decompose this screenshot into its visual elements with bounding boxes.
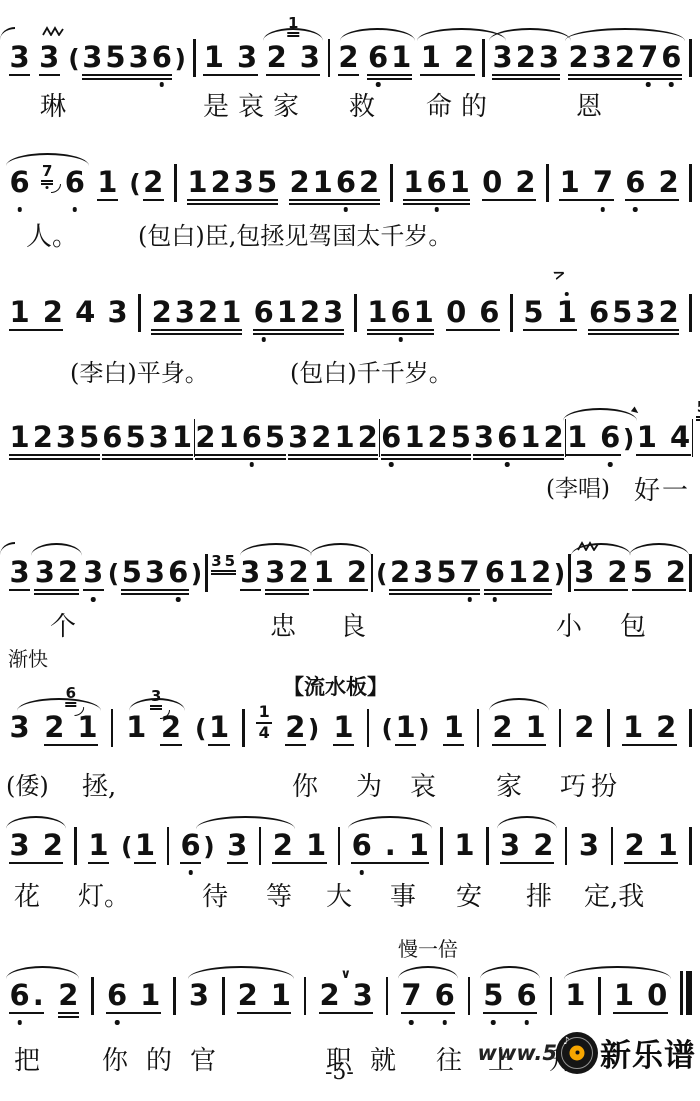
lyric-syllable: 巧扮: [560, 766, 622, 803]
note-digits: 61: [105, 981, 161, 1010]
note-digit: 2: [142, 168, 165, 197]
lyric-syllable: 恩: [576, 86, 602, 123]
note-digit: 1: [8, 298, 31, 327]
lyric-syllable: 排: [526, 876, 552, 913]
note-digit: 1: [621, 713, 644, 742]
note-digit: 3: [82, 558, 105, 587]
music-note-icon: ♪: [563, 1036, 569, 1047]
octave-dot-low: [344, 207, 349, 212]
note-cell: 3: [226, 831, 249, 860]
lyric-syllable: 就: [370, 1040, 396, 1077]
note-digit: 1: [76, 713, 99, 742]
octave-dot-low: [491, 1020, 496, 1025]
note-digit: 2: [318, 981, 341, 1010]
note-digit: 3: [412, 558, 435, 587]
note-cell: 2: [57, 981, 80, 1010]
note-digit: 2: [657, 298, 680, 327]
barline: [565, 827, 568, 865]
note-digit: 3: [322, 298, 345, 327]
note-digit: 3: [499, 831, 522, 860]
note-cell: 13: [202, 43, 258, 72]
note-digits: 10: [612, 981, 668, 1010]
barline: [111, 709, 114, 747]
note-cell: 3: [187, 981, 210, 1010]
note-cell: 6: [63, 168, 86, 197]
note-digits: 3536: [81, 43, 174, 72]
note-digit: 3: [127, 43, 150, 72]
note-digit: 2: [43, 713, 66, 742]
grace-note: 1: [287, 13, 300, 32]
note-digit: 3: [8, 831, 31, 860]
note-digits: 3: [106, 298, 129, 327]
tempo-annotation-jiankuai: 渐快: [8, 643, 48, 672]
octave-dot-low: [389, 462, 394, 467]
note-cell: 2162: [288, 168, 381, 197]
note-digit: 1: [555, 298, 578, 327]
close-paren: ): [553, 561, 566, 587]
note-digit: 2: [284, 713, 307, 742]
note-cell: (1: [194, 713, 231, 742]
note-digit: 1: [366, 298, 389, 327]
note-digit: 2: [356, 423, 379, 452]
note-digit: 0: [481, 168, 504, 197]
barline: [205, 554, 208, 592]
note-digits: 21: [43, 713, 99, 742]
barline: [689, 294, 692, 332]
note-cell: 2165: [194, 423, 287, 452]
note-digit: 5: [263, 423, 286, 452]
watermark: www.5 ♪ 新乐谱: [478, 1030, 696, 1075]
note-digit: 3: [149, 689, 162, 704]
music-system-1: 33(3536)131232611232323276: [0, 30, 700, 72]
note-digit: 1: [612, 981, 635, 1010]
note-digit: 2: [514, 43, 537, 72]
note-digit: 3: [8, 558, 31, 587]
note-cell: 1: [453, 831, 476, 860]
octave-dot-low: [261, 337, 266, 342]
note-digit: 1: [304, 831, 327, 860]
octave-dot-low: [669, 82, 674, 87]
note-digits: 3: [8, 43, 31, 72]
tempo-annotation-manyibei: 慢一倍: [398, 933, 458, 962]
note-cell: 612): [483, 558, 566, 587]
note-digits: 3: [149, 689, 162, 704]
note-digit: 6: [587, 298, 610, 327]
close-paren: ): [307, 716, 320, 742]
barline: [354, 294, 357, 332]
note-digit: .: [31, 981, 45, 1010]
note-cell: 23276: [567, 43, 683, 72]
note-digits: 1235: [8, 423, 101, 452]
barline: [328, 39, 331, 77]
note-digit: 3: [239, 558, 262, 587]
barline: [440, 827, 443, 865]
note-digit: 5: [695, 400, 700, 415]
note-digits: 3: [82, 558, 105, 587]
grace-note: 6: [64, 683, 77, 702]
note-digits: 51: [522, 298, 578, 327]
note-digit: 2: [426, 423, 449, 452]
lyric-syllable: 为: [356, 766, 382, 803]
note-digit: 2: [310, 423, 333, 452]
barline: [689, 827, 692, 865]
note-digit: 5: [611, 298, 634, 327]
music-system-2: 6761(212352162161021762: [0, 155, 700, 197]
note-digit: 2: [567, 43, 590, 72]
note-digit: 2: [150, 298, 173, 327]
barline: [222, 977, 225, 1015]
note-digit: 1: [125, 713, 148, 742]
note-digit: 1: [394, 713, 417, 742]
barline: [173, 977, 176, 1015]
note-digits: 2: [142, 168, 165, 197]
octave-dot-low: [73, 207, 78, 212]
lyric-syllable: (李唱): [546, 470, 610, 503]
lyric-syllable: 待: [202, 876, 228, 913]
lyric-syllable: 你: [292, 766, 318, 803]
note-digit: 1: [207, 713, 230, 742]
section-annotation-liushuiban: 【流水板】: [283, 671, 388, 701]
note-digit: 1: [312, 558, 335, 587]
open-paren: (: [128, 171, 141, 197]
close-paren: ): [173, 46, 186, 72]
note-digit: 6: [380, 423, 403, 452]
note-digit: 2: [337, 43, 360, 72]
note-digits: 23276: [567, 43, 683, 72]
note-digit: 2: [41, 831, 64, 860]
note-digit: 3: [577, 831, 600, 860]
note-cell: 06: [445, 298, 501, 327]
note-cell: 6: [8, 168, 31, 197]
score-page: 渐快【流水板】慢一倍33(3536)131232611232323276琳是哀家…: [0, 0, 700, 1101]
note-digit: 6: [425, 168, 448, 197]
octave-dot-low: [250, 462, 255, 467]
note-cell: (536): [107, 558, 203, 587]
note-digits: 13: [202, 43, 258, 72]
barline: [138, 294, 141, 332]
note-digit: 2: [265, 43, 288, 72]
note-digits: 6125: [380, 423, 473, 452]
note-digits: 2357: [388, 558, 481, 587]
lyric-syllable: (倭): [6, 766, 49, 801]
note-digit: 2: [287, 558, 310, 587]
trill-icon: [42, 26, 66, 36]
lyric-syllable: 花: [14, 876, 40, 913]
note-cell: 3: [239, 558, 262, 587]
note-digit: 3: [298, 43, 321, 72]
note-digits: 2321: [150, 298, 243, 327]
note-digits: 3212: [287, 423, 380, 452]
note-cell: 21: [271, 831, 327, 860]
barline: [611, 827, 614, 865]
note-digit: 5: [78, 423, 101, 452]
note-cell: 6531: [101, 423, 194, 452]
note-digits: 1: [96, 168, 119, 197]
note-digit: 6: [150, 43, 173, 72]
note-digits: 23: [265, 43, 321, 72]
note-digit: 5: [482, 981, 505, 1010]
note-digit: 3: [287, 423, 310, 452]
note-cell: 161: [402, 168, 472, 197]
note-cell: 1: [564, 981, 587, 1010]
note-cell: 10: [612, 981, 668, 1010]
note-digits: 536: [120, 558, 190, 587]
note-cell: 161: [366, 298, 436, 327]
note-digit: 2: [613, 43, 636, 72]
note-digit: 0: [445, 298, 468, 327]
note-cell: 3: [8, 713, 31, 742]
note-digit: 2: [298, 298, 321, 327]
note-digits: 32: [499, 831, 555, 860]
note-digit: 1: [333, 423, 356, 452]
octave-dot-low: [633, 207, 638, 212]
note-digits: 02: [481, 168, 537, 197]
note-cell: 6532: [587, 298, 680, 327]
octave-dot-low: [17, 1020, 22, 1025]
note-digit: 6: [660, 43, 683, 72]
lyric-syllable: 把: [14, 1040, 40, 1077]
note-digit: 2: [452, 43, 475, 72]
note-cell: 6.1: [350, 831, 430, 860]
final-barline: [680, 971, 692, 1015]
note-digit: 1: [139, 981, 162, 1010]
barline: [689, 39, 692, 77]
note-digits: 1235: [186, 168, 279, 197]
note-digit: 3: [8, 43, 31, 72]
note-cell: 6.: [8, 981, 45, 1010]
note-digits: 21: [623, 831, 679, 860]
note-digit: 3: [38, 43, 61, 72]
note-cell: 12: [419, 43, 475, 72]
note-digit: 6: [8, 168, 31, 197]
lyric-syllable: 良: [340, 606, 366, 643]
note-digit: 2: [31, 423, 54, 452]
note-digit: 3: [491, 43, 514, 72]
note-digit: 1: [170, 423, 193, 452]
note-cell: (2357: [375, 558, 481, 587]
note-digit: 1: [87, 831, 110, 860]
note-digit: 3: [147, 423, 170, 452]
note-cell: 1235: [186, 168, 279, 197]
barline: [242, 709, 245, 747]
octave-dot-low: [646, 82, 651, 87]
barline: [546, 164, 549, 202]
note-digit: 2: [56, 558, 79, 587]
octave-dot-low: [601, 207, 606, 212]
note-digits: 3612: [472, 423, 565, 452]
note-cell: 3: [106, 298, 129, 327]
note-digit: 1: [269, 981, 292, 1010]
open-paren: (: [107, 561, 120, 587]
note-digit: 5: [120, 558, 143, 587]
barline: [559, 709, 562, 747]
breath-mark-icon: ∨: [341, 967, 352, 982]
note-cell: 52: [631, 558, 687, 587]
note-cell: 2): [284, 713, 321, 742]
note-cell: 6): [179, 831, 216, 860]
note-digit: 2: [606, 558, 629, 587]
note-cell: 1: [125, 713, 148, 742]
score-canvas: 渐快【流水板】慢一倍33(3536)131232611232323276琳是哀家…: [0, 0, 700, 1101]
note-cell: (1): [381, 713, 431, 742]
music-system-6: 3621132(1142)1(1)121212: [0, 700, 700, 742]
note-digit: 5: [522, 298, 545, 327]
note-digits: 5: [695, 400, 700, 415]
note-digit: 2: [41, 298, 64, 327]
note-cell: 3612: [472, 423, 565, 452]
tie-icon: [51, 184, 61, 193]
note-digit: 6: [624, 168, 647, 197]
note-digits: 61: [366, 43, 412, 72]
music-system-4: 12356531216532126125361216)514: [0, 410, 700, 452]
barline: [468, 977, 471, 1015]
note-cell: 62: [624, 168, 680, 197]
barline: [568, 554, 571, 592]
note-digit: 3: [33, 558, 56, 587]
note-digit: 5: [449, 423, 472, 452]
note-digits: 1: [442, 713, 465, 742]
note-digit: 2: [271, 831, 294, 860]
note-digit: 3: [54, 423, 77, 452]
note-digit: 7: [637, 43, 660, 72]
note-cell: 76: [400, 981, 456, 1010]
note-cell: 21: [623, 831, 679, 860]
note-digit: 4: [668, 423, 691, 452]
lyric-syllable: 你: [102, 1040, 128, 1077]
grace-note: 5: [695, 397, 700, 416]
octave-dot-low: [46, 186, 49, 189]
note-digit: 6: [350, 831, 373, 860]
open-paren: (: [194, 716, 207, 742]
note-cell: 323: [491, 43, 561, 72]
note-digit: 2: [664, 558, 687, 587]
note-digits: 2: [57, 981, 80, 1010]
note-cell: 32: [573, 558, 629, 587]
vinyl-record-icon: ♪: [556, 1032, 598, 1074]
barline: [259, 827, 262, 865]
note-cell: 21: [491, 713, 547, 742]
note-digit: 1: [402, 168, 425, 197]
octave-dot-low: [398, 337, 403, 342]
barline: [371, 554, 374, 592]
note-digit: 3: [235, 43, 258, 72]
barline: [338, 827, 341, 865]
note-digit: 2: [388, 558, 411, 587]
note-digits: 12: [8, 298, 64, 327]
octave-dot-high: [564, 292, 569, 297]
music-system-5: 3323(536)3533212(2357612)3252: [0, 545, 700, 587]
note-digits: 56: [482, 981, 538, 1010]
octave-dot-low: [493, 597, 498, 602]
note-digits: 2: [284, 713, 307, 742]
music-system-7: 321(16)3216.1132321: [0, 818, 700, 860]
lyric-syllable: (包白)千千岁。: [290, 353, 453, 388]
note-digit: 2: [623, 831, 646, 860]
note-digit: 6: [433, 981, 456, 1010]
note-digits: 12: [419, 43, 475, 72]
lyric-syllable: 往: [436, 1040, 462, 1077]
note-digits: 6.1: [350, 831, 430, 860]
note-digits: 6.: [8, 981, 45, 1010]
lyric-syllable: 的: [146, 1040, 172, 1077]
lyric-syllable: 拯,: [82, 766, 116, 803]
note-digits: 1: [87, 831, 110, 860]
note-digits: 16: [565, 423, 621, 452]
note-digit: 2: [209, 168, 232, 197]
barline: [386, 977, 389, 1015]
note-digit: 6: [334, 168, 357, 197]
note-digits: 76: [400, 981, 456, 1010]
lyric-syllable: 大: [326, 876, 352, 913]
note-digits: 6531: [101, 423, 194, 452]
note-digit: 6: [8, 981, 31, 1010]
note-digits: 612: [483, 558, 553, 587]
note-cell: 3: [82, 558, 105, 587]
octave-dot-low: [176, 597, 181, 602]
octave-dot-low: [409, 1020, 414, 1025]
note-cell: 56: [482, 981, 538, 1010]
note-digits: 6: [179, 831, 202, 860]
lyric-syllable: (包白)臣,包拯见驾国太千岁。: [138, 216, 452, 251]
note-digit: 6: [389, 298, 412, 327]
note-digits: 6123: [252, 298, 345, 327]
note-digit: 6: [599, 423, 622, 452]
note-digit: 1: [506, 558, 529, 587]
barline: [680, 971, 683, 1015]
note-digit: 2: [345, 558, 368, 587]
note-cell: 1: [87, 831, 110, 860]
note-cell: 32: [264, 558, 310, 587]
note-digit: 3: [226, 831, 249, 860]
note-digits: 3: [8, 558, 31, 587]
note-digits: 7: [40, 164, 53, 179]
octave-dot-low: [467, 597, 472, 602]
octave-dot-low: [359, 870, 364, 875]
note-digit: 3: [187, 981, 210, 1010]
note-digit: 1: [217, 423, 240, 452]
note-digit: 2: [358, 168, 381, 197]
note-digits: 3: [577, 831, 600, 860]
close-paren: ): [190, 561, 203, 587]
note-cell: 3: [577, 831, 600, 860]
note-digit: 1: [524, 713, 547, 742]
barline: [193, 39, 196, 77]
note-digit: 1: [311, 168, 334, 197]
note-cell: 2: [337, 43, 360, 72]
note-digit: 1: [635, 423, 658, 452]
barline: [550, 977, 553, 1015]
note-digit: 3: [472, 423, 495, 452]
note-digit: 2: [197, 298, 220, 327]
lyric-syllable: 等: [266, 876, 292, 913]
lyric-syllable: 救: [349, 86, 375, 123]
barline: [367, 709, 370, 747]
note-digits: 323: [491, 43, 561, 72]
lyric-syllable: 是哀家: [203, 86, 308, 123]
note-digit: 6: [63, 168, 86, 197]
note-digits: 12: [621, 713, 677, 742]
note-digits: 32: [33, 558, 79, 587]
note-digit: 1: [558, 168, 581, 197]
barline: [686, 971, 692, 1015]
note-cell: 1: [332, 713, 355, 742]
tie-end-icon: [0, 542, 15, 555]
accent-icon: >: [550, 263, 568, 284]
note-digit: 3: [8, 713, 31, 742]
watermark-url: www.5: [478, 1041, 557, 1065]
close-paren: ): [622, 426, 635, 452]
note-digit: 7: [591, 168, 614, 197]
